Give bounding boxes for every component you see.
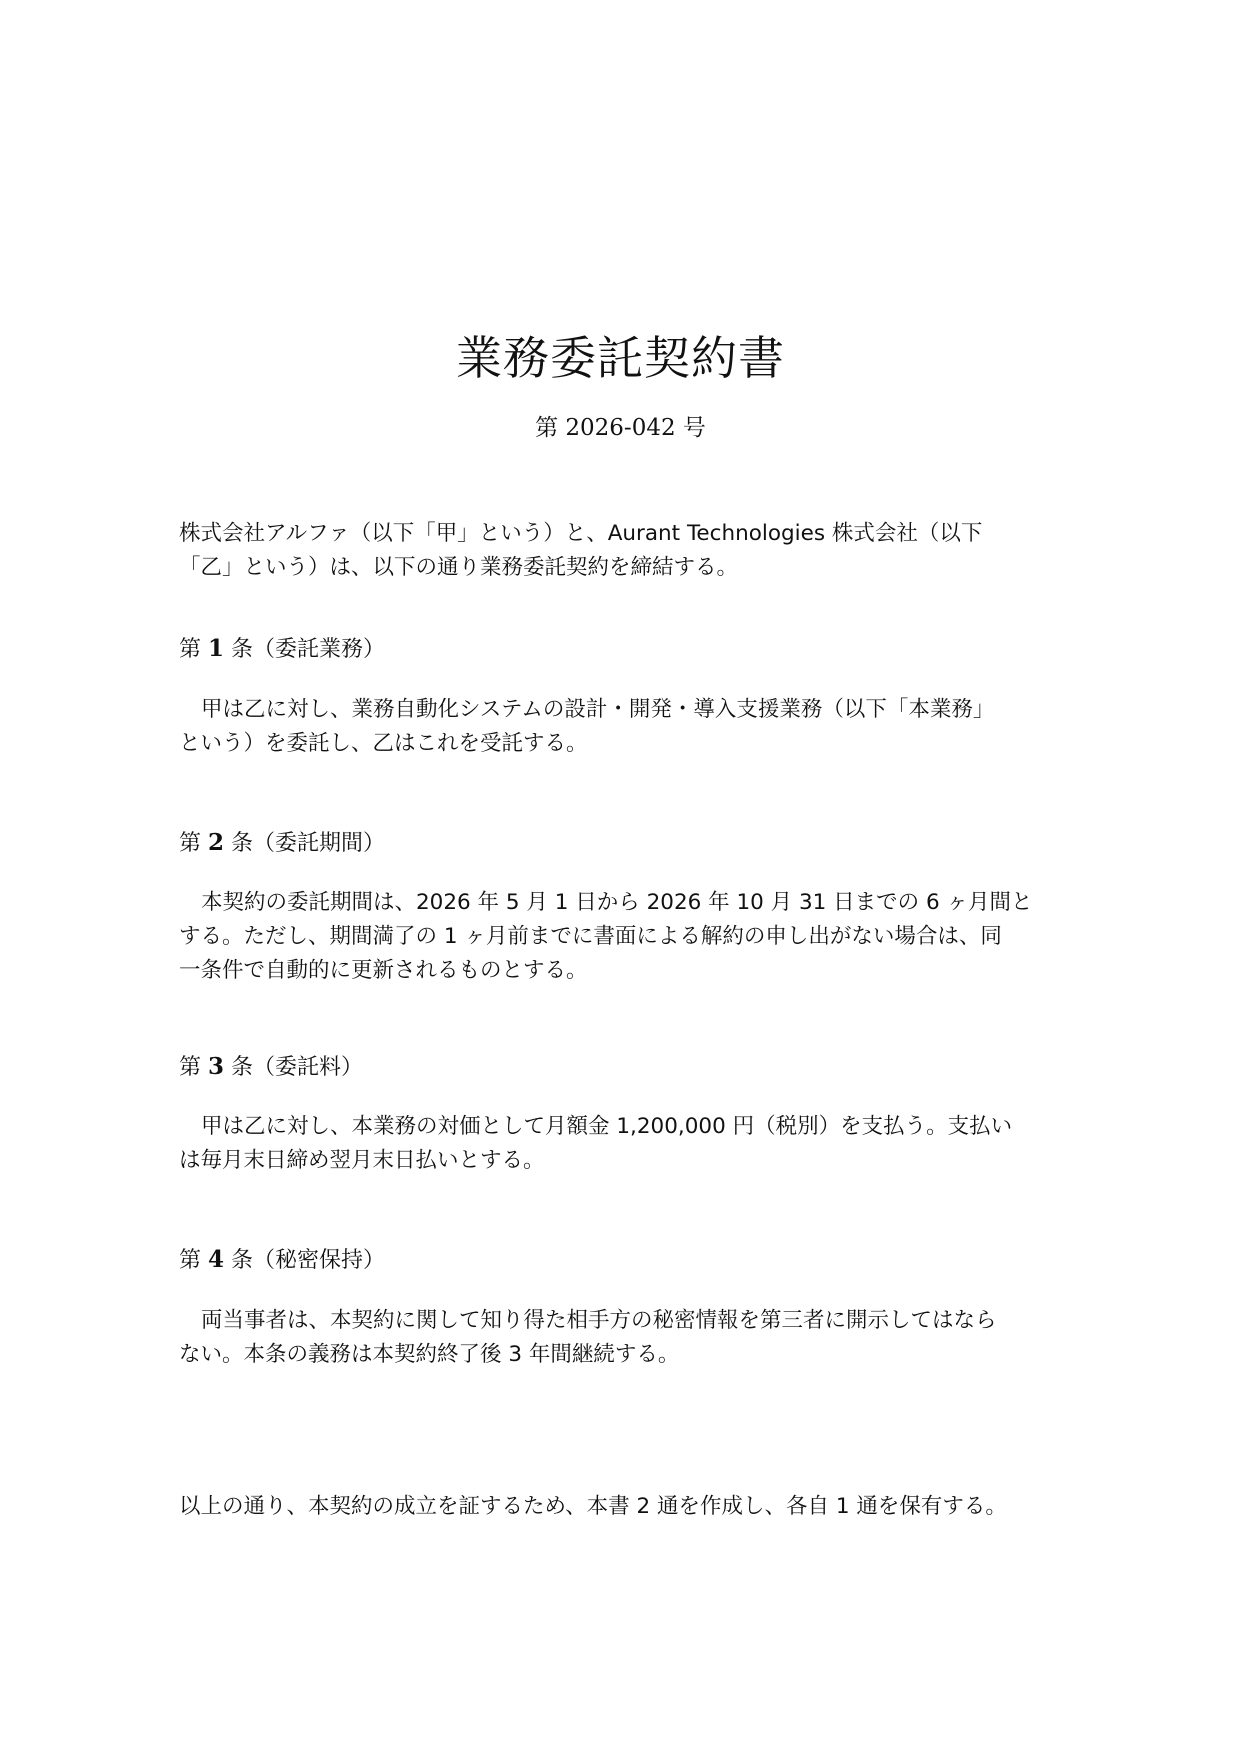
article-body-line: する。ただし、期間満了の 1 ヶ月前までに書面による解約の申し出がない場合は、同 [179,920,1069,954]
article-prefix: 第 [179,1248,201,1273]
document-number-prefix: 第 [535,415,558,441]
article-1-body: 甲は乙に対し、業務自動化システムの設計・開発・導入支援業務（以下「本業務」 とい… [179,693,1069,761]
article-title: （委託料） [253,1055,363,1080]
article-2-body: 本契約の委託期間は、2026 年 5 月 1 日から 2026 年 10 月 3… [179,886,1069,988]
article-prefix: 第 [179,1055,201,1080]
article-4-heading: 第 4 条（秘密保持） [179,1243,385,1278]
article-title: （委託期間） [253,831,385,856]
document-number: 第 2026-042 号 [0,412,1241,444]
article-2-heading: 第 2 条（委託期間） [179,826,385,861]
article-1-heading: 第 1 条（委託業務） [179,632,385,667]
article-suffix: 条 [231,831,253,856]
document-page: 業務委託契約書 第 2026-042 号 株式会社アルファ（以下「甲」という）と… [0,0,1241,1754]
article-prefix: 第 [179,831,201,856]
closing-line: 以上の通り、本契約の成立を証するため、本書 2 通を作成し、各自 1 通を保有す… [179,1490,1069,1524]
article-body-line: は毎月末日締め翌月末日払いとする。 [179,1144,1069,1178]
intro-line: 株式会社アルファ（以下「甲」という）と、Aurant Technologies … [179,517,1069,551]
article-prefix: 第 [179,637,201,662]
article-number: 4 [208,1246,224,1273]
document-number-value: 2026-042 [565,415,675,441]
article-body-line: 甲は乙に対し、本業務の対価として月額金 1,200,000 円（税別）を支払う。… [179,1110,1069,1144]
article-title: （委託業務） [253,637,385,662]
article-4-body: 両当事者は、本契約に関して知り得た相手方の秘密情報を第三者に開示してはなら ない… [179,1304,1069,1372]
intro-paragraph: 株式会社アルファ（以下「甲」という）と、Aurant Technologies … [179,517,1069,585]
article-number: 1 [208,635,224,662]
document-title: 業務委託契約書 [0,328,1241,388]
article-number: 3 [208,1053,224,1080]
article-suffix: 条 [231,1055,253,1080]
article-body-line: 両当事者は、本契約に関して知り得た相手方の秘密情報を第三者に開示してはなら [179,1304,1069,1338]
article-body-line: 一条件で自動的に更新されるものとする。 [179,954,1069,988]
article-body-line: という）を委託し、乙はこれを受託する。 [179,727,1069,761]
closing-statement: 以上の通り、本契約の成立を証するため、本書 2 通を作成し、各自 1 通を保有す… [179,1490,1069,1524]
article-title: （秘密保持） [253,1248,385,1273]
article-body-line: ない。本条の義務は本契約終了後 3 年間継続する。 [179,1338,1069,1372]
intro-line: 「乙」という）は、以下の通り業務委託契約を締結する。 [179,551,1069,585]
article-3-body: 甲は乙に対し、本業務の対価として月額金 1,200,000 円（税別）を支払う。… [179,1110,1069,1178]
article-body-line: 甲は乙に対し、業務自動化システムの設計・開発・導入支援業務（以下「本業務」 [179,693,1069,727]
article-number: 2 [208,829,224,856]
article-3-heading: 第 3 条（委託料） [179,1050,363,1085]
document-number-suffix: 号 [683,415,706,441]
article-suffix: 条 [231,1248,253,1273]
article-body-line: 本契約の委託期間は、2026 年 5 月 1 日から 2026 年 10 月 3… [179,886,1069,920]
article-suffix: 条 [231,637,253,662]
